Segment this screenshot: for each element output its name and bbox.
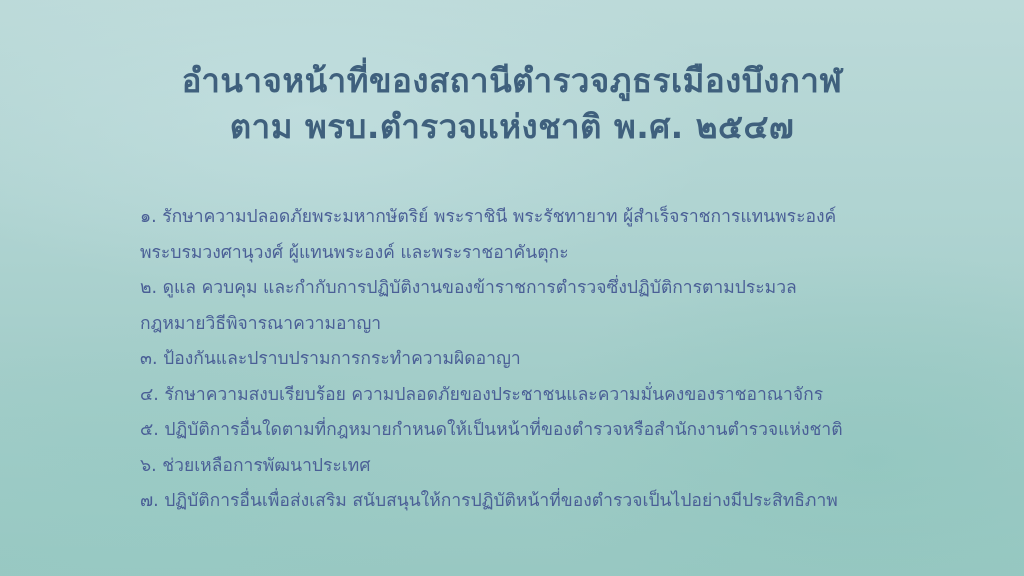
duty-item-2-line-1: ๒. ดูแล ควบคุม และกำกับการปฏิบัติงานของข… <box>140 271 900 307</box>
duty-item-1-line-1: ๑. รักษาความปลอดภัยพระมหากษัตริย์ พระราช… <box>140 200 900 236</box>
title-line-2: ตาม พรบ.ตำรวจแห่งชาติ พ.ศ. ๒๕๔๗ <box>0 104 1024 150</box>
slide-title: อำนาจหน้าที่ของสถานีตำรวจภูธรเมืองบึงกาฬ… <box>0 58 1024 150</box>
duty-item-2-line-2: กฎหมายวิธีพิจารณาความอาญา <box>140 307 900 343</box>
duty-item-3-line-1: ๓. ป้องกันและปราบปรามการกระทำความผิดอาญา <box>140 342 900 378</box>
duty-item-3: ๓. ป้องกันและปราบปรามการกระทำความผิดอาญา <box>140 342 900 378</box>
duty-item-5: ๕. ปฏิบัติการอื่นใดตามที่กฎหมายกำหนดให้เ… <box>140 413 900 449</box>
duty-item-6: ๖. ช่วยเหลือการพัฒนาประเทศ <box>140 449 900 485</box>
title-line-1: อำนาจหน้าที่ของสถานีตำรวจภูธรเมืองบึงกาฬ <box>0 58 1024 104</box>
duty-item-5-line-1: ๕. ปฏิบัติการอื่นใดตามที่กฎหมายกำหนดให้เ… <box>140 413 900 449</box>
duties-list: ๑. รักษาความปลอดภัยพระมหากษัตริย์ พระราช… <box>140 200 900 520</box>
slide: อำนาจหน้าที่ของสถานีตำรวจภูธรเมืองบึงกาฬ… <box>0 0 1024 576</box>
duty-item-7: ๗. ปฏิบัติการอื่นเพื่อส่งเสริม สนับสนุนใ… <box>140 484 900 520</box>
duty-item-7-line-1: ๗. ปฏิบัติการอื่นเพื่อส่งเสริม สนับสนุนใ… <box>140 484 900 520</box>
duty-item-4-line-1: ๔. รักษาความสงบเรียบร้อย ความปลอดภัยของป… <box>140 378 900 414</box>
duty-item-1: ๑. รักษาความปลอดภัยพระมหากษัตริย์ พระราช… <box>140 200 900 271</box>
duty-item-4: ๔. รักษาความสงบเรียบร้อย ความปลอดภัยของป… <box>140 378 900 414</box>
duty-item-6-line-1: ๖. ช่วยเหลือการพัฒนาประเทศ <box>140 449 900 485</box>
duty-item-2: ๒. ดูแล ควบคุม และกำกับการปฏิบัติงานของข… <box>140 271 900 342</box>
duty-item-1-line-2: พระบรมวงศานุวงศ์ ผู้แทนพระองค์ และพระราช… <box>140 236 900 272</box>
